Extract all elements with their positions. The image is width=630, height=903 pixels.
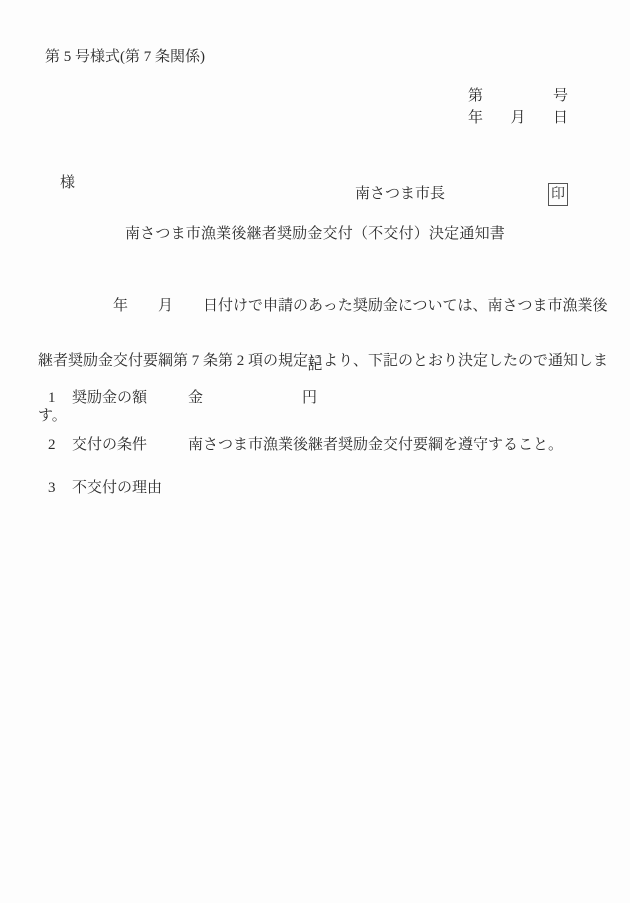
- item-number: 2: [48, 438, 72, 453]
- date-day-label: 日: [553, 111, 568, 126]
- doc-number-line: 第 号: [468, 89, 568, 104]
- body-line-3: す。: [38, 404, 598, 429]
- item-row-amount: 1 奨励金の額 金 円: [48, 391, 317, 406]
- sender-line: 南さつま市長 印: [355, 183, 568, 206]
- item-label: 奨励金の額: [72, 391, 188, 406]
- amount-unit: 円: [302, 391, 317, 406]
- addressee-line: 様: [45, 146, 203, 206]
- item-row-reason: 3 不交付の理由: [48, 481, 188, 496]
- seal-label: 印: [551, 188, 565, 202]
- doc-number-suffix: 号: [553, 89, 568, 104]
- amount-prefix: 金: [188, 391, 203, 406]
- item-label: 不交付の理由: [72, 481, 188, 496]
- doc-number-prefix: 第: [468, 89, 483, 104]
- date-line: 年 月 日: [468, 111, 568, 126]
- item-value: 南さつま市漁業後継者奨励金交付要綱を遵守すること。: [188, 438, 563, 453]
- date-month-label: 月: [510, 111, 525, 126]
- addressee-suffix: 様: [60, 175, 75, 191]
- record-marker: 記: [0, 358, 630, 373]
- item-number: 3: [48, 481, 72, 496]
- sender-title: 南さつま市長: [355, 187, 445, 202]
- form-number: 第 5 号様式(第 7 条関係): [45, 50, 205, 65]
- item-row-conditions: 2 交付の条件 南さつま市漁業後継者奨励金交付要綱を遵守すること。: [48, 438, 563, 453]
- item-number: 1: [48, 391, 72, 406]
- seal-box: 印: [548, 183, 568, 206]
- item-label: 交付の条件: [72, 438, 188, 453]
- body-line-1: 年 月 日付けで申請のあった奨励金については、南さつま市漁業後: [38, 294, 598, 319]
- document-title: 南さつま市漁業後継者奨励金交付（不交付）決定通知書: [0, 227, 630, 242]
- date-year-label: 年: [468, 111, 483, 126]
- document-page: 第 5 号様式(第 7 条関係) 第 号 年 月 日 様 南さつま市長 印 南さ…: [0, 0, 630, 903]
